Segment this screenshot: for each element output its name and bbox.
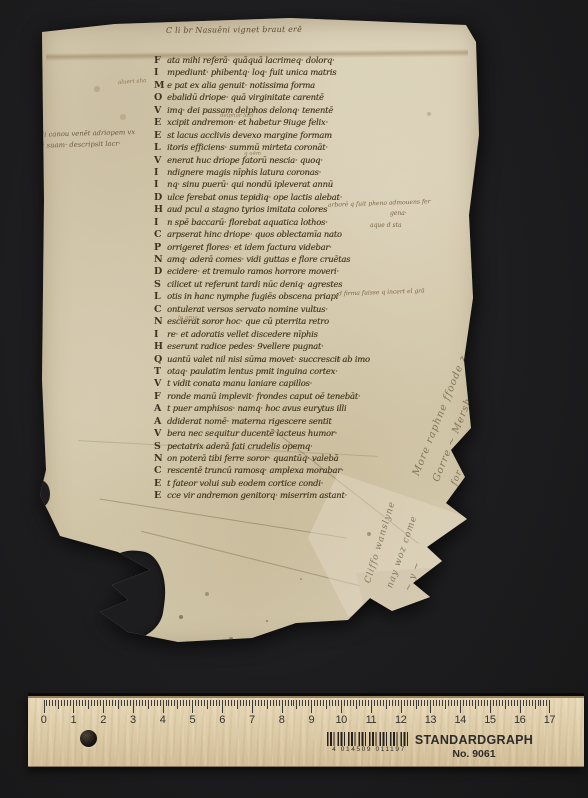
poem-line: Indignere magis nīphis latura coronas·: [154, 167, 454, 179]
ruler-tick: [442, 700, 443, 706]
line-initial: O: [154, 92, 167, 103]
line-text: ontulerat versos servato nomine vultus·: [167, 304, 328, 314]
stain-speckles: [38, 18, 40, 20]
ruler-tick: [451, 700, 452, 706]
ruler-tick: [439, 700, 440, 706]
ruler-tick: [76, 700, 77, 706]
ruler-tick: [210, 700, 211, 706]
ruler-tick: [118, 700, 119, 709]
poem-line: Et fateor volui sub eodem cortice condi·: [154, 478, 454, 490]
poem-line: Vt vidit conata manu laniare capillos·: [154, 378, 454, 390]
line-initial: C: [154, 465, 167, 476]
ruler-tick: [389, 700, 390, 706]
ruler-tick: [49, 700, 50, 706]
ruler-tick: [505, 700, 506, 709]
poem-line: Est lacus acclivis devexo margine formam: [154, 130, 454, 142]
ruler-tick: [61, 700, 62, 706]
line-text: amq· aderā comes· vidi guttas e flore cr…: [167, 254, 350, 264]
ruler-tick: [64, 700, 65, 706]
ruler-cm-label: 15: [482, 714, 498, 726]
ruler-tick: [88, 700, 89, 709]
ruler-tick: [511, 700, 512, 706]
line-initial: I: [154, 329, 167, 340]
ruler-tick: [166, 700, 167, 706]
ruler-tick: [305, 700, 306, 706]
ruler-tick: [493, 700, 494, 706]
ruler-tick: [383, 700, 384, 706]
ruler-tick: [356, 700, 357, 709]
ruler-tick: [514, 700, 515, 706]
ruler-tick: [219, 700, 220, 706]
poem-line: Carpserat hinc driope· quos oblectamīa n…: [154, 229, 454, 241]
ruler-tick: [299, 700, 300, 706]
line-text: cilicet ut referunt tardi nūc deniq· agr…: [167, 279, 342, 289]
ruler-tick: [282, 700, 283, 713]
interlinear-gloss: q oēm: [244, 151, 261, 157]
interlinear-gloss: delphor loci: [220, 113, 253, 119]
ruler-tick: [335, 700, 336, 706]
right-margin-note: gena·: [390, 210, 407, 217]
ruler-tick: [436, 700, 437, 706]
manuscript-leaf: C li br Nasuēni vignet braut erē aluert …: [38, 18, 483, 650]
ruler-tick: [154, 700, 155, 706]
line-text: st lacus acclivis devexo margine formam: [167, 130, 332, 140]
line-text: bera nec sequitur ducentē lacteus humor·: [167, 428, 337, 438]
ruler-tick: [365, 700, 366, 706]
line-text: e pat ex alia genuit· notissima forma: [167, 80, 315, 90]
diagonal-scrawl: ~ y ~: [403, 560, 423, 592]
left-margin-note: di canou venēt adriopem vx li suam· desc…: [40, 126, 169, 151]
poem-line: Venerat huc driope fatorū nescia· quoq·: [154, 155, 454, 167]
ruler-tick: [392, 700, 393, 706]
ruler-tick: [180, 700, 181, 706]
left-margin-note-line: li suam· descripsit lacr·: [40, 137, 168, 151]
poem-line: Haud pcul a stagno tyrios imitata colore…: [154, 204, 454, 216]
ruler-cm-label: 8: [274, 714, 290, 726]
ruler-tick: [52, 700, 53, 706]
ruler-cm-label: 16: [512, 714, 528, 726]
ruler-tick: [258, 700, 259, 706]
poem-line: Ecce vir andremon genitorq· miserrim ast…: [154, 490, 454, 502]
ruler-tick: [386, 700, 387, 709]
ruler-cm-label: 5: [184, 714, 200, 726]
ruler-tick: [285, 700, 286, 706]
ruler-tick: [416, 700, 417, 709]
ruler-tick: [472, 700, 473, 706]
barcode-bars: [327, 732, 411, 746]
ruler-tick: [109, 700, 110, 706]
ruler-tick: [291, 700, 292, 706]
ruler-tick: [430, 700, 431, 713]
ruler-tick: [523, 700, 524, 706]
line-text: t puer amphisos· namq· hoc avus eurytus …: [167, 403, 346, 413]
ruler-tick: [543, 700, 544, 706]
ruler-tick: [311, 700, 312, 713]
ruler-tick: [136, 700, 137, 706]
ruler-tick: [487, 700, 488, 706]
ruler-tick: [231, 700, 232, 706]
line-text: mpediunt· phibentq· loq· fuit unica matr…: [167, 67, 336, 77]
ruler-tick: [55, 700, 56, 706]
ruler-tick: [67, 700, 68, 706]
ruler-tick: [44, 700, 45, 713]
ruler-tick: [139, 700, 140, 706]
ruler-tick: [326, 700, 327, 709]
ruler-tick: [216, 700, 217, 706]
ruler-tick: [255, 700, 256, 706]
ruler-tick: [100, 700, 101, 706]
ruler-tick: [243, 700, 244, 706]
ruler-tick: [112, 700, 113, 706]
line-initial: T: [154, 366, 167, 377]
ruler-cm-label: 14: [452, 714, 468, 726]
ruler-tick: [546, 700, 547, 706]
ruler-tick: [270, 700, 271, 706]
ruler-cm-label: 4: [155, 714, 171, 726]
line-text: nq· sinu puerū· qui nondū ipleverat annū: [167, 179, 333, 189]
ruler-tick: [207, 700, 208, 709]
ruler-tick: [201, 700, 202, 706]
ruler-tick: [264, 700, 265, 706]
line-initial: I: [154, 217, 167, 228]
crease-line: [141, 531, 360, 586]
ruler-tick: [308, 700, 309, 706]
line-initial: L: [154, 142, 167, 153]
ruler-tick: [94, 700, 95, 706]
right-margin-note: aque d sta: [370, 222, 402, 229]
ruler-tick: [198, 700, 199, 706]
poem-line: Fronde manū implevit· frondes caput oē t…: [154, 391, 454, 403]
poem-line: Porrigeret flores· et idem factura videb…: [154, 242, 454, 254]
ruler-tick: [517, 700, 518, 706]
line-initial: D: [154, 192, 167, 203]
line-text: cce vir andremon genitorq· miserrim asta…: [167, 490, 347, 500]
line-text: n spē baccarū· florebat aquatica lothos·: [167, 217, 328, 227]
ruler-tick: [249, 700, 250, 706]
line-initial: S: [154, 279, 167, 290]
ruler-tick: [460, 700, 461, 713]
line-text: t fateor volui sub eodem cortice condi·: [167, 478, 323, 488]
line-initial: D: [154, 266, 167, 277]
ruler-tick: [481, 700, 482, 706]
ruler-tick: [130, 700, 131, 706]
ruler-tick: [261, 700, 262, 706]
poem-line: Inq· sinu puerū· qui nondū ipleverat ann…: [154, 179, 454, 191]
ruler-tick: [424, 700, 425, 706]
line-text: eserunt radice pedes· 9vellere pugnat·: [167, 341, 324, 351]
ruler-tick: [151, 700, 152, 706]
ruler-cm-label: 9: [303, 714, 319, 726]
ruler-tick: [377, 700, 378, 706]
poem-line: Me pat ex alia genuit· notissima forma: [154, 80, 454, 92]
ruler-hanging-hole: [80, 730, 97, 747]
ruler-tick: [374, 700, 375, 706]
parchment-hole: [87, 545, 171, 646]
ruler-tick: [296, 700, 297, 709]
manuscript-leaf-wrap: C li br Nasuēni vignet braut erē aluert …: [38, 18, 483, 650]
ruler-tick: [427, 700, 428, 706]
ruler-cm-label: 10: [333, 714, 349, 726]
poem-line: Totaq· paulatim lentus pmit inguina cort…: [154, 366, 454, 378]
line-initial: A: [154, 416, 167, 427]
line-text: ata mihi referā· quāquā lacrimeq· dolorq…: [167, 55, 334, 65]
poem-line: Quantū valet nil nisi sūma movet· succre…: [154, 354, 454, 366]
ruler-tick: [174, 700, 175, 706]
ruler-tick: [407, 700, 408, 706]
ruler-tick: [213, 700, 214, 706]
poem-line: Vbera nec sequitur ducentē lacteus humor…: [154, 428, 454, 440]
ruler-tick: [273, 700, 274, 706]
ruler-tick: [142, 700, 143, 706]
poem-line: Nescierat soror hoc· que cū pterrita ret…: [154, 316, 454, 328]
ruler-tick: [73, 700, 74, 713]
ruler-tick: [276, 700, 277, 706]
ruler-tick: [314, 700, 315, 706]
line-initial: C: [154, 304, 167, 315]
ruler-tick: [145, 700, 146, 706]
ruler-tick: [496, 700, 497, 706]
ruler-cm-label: 13: [422, 714, 438, 726]
line-text: pectatrix aderā fati crudelis opemq·: [167, 441, 312, 451]
ruler-tick: [353, 700, 354, 706]
ruler-tick: [186, 700, 187, 706]
line-text: ecidere· et tremulo ramos horrore moveri…: [167, 266, 339, 276]
ruler-tick: [466, 700, 467, 706]
line-text: orrigeret flores· et idem factura videba…: [167, 242, 332, 252]
line-initial: M: [154, 80, 167, 91]
ruler-tick: [499, 700, 500, 706]
ruler-tick: [395, 700, 396, 706]
line-text: aud pcul a stagno tyrios imitata colores: [167, 204, 327, 214]
line-initial: N: [154, 453, 167, 464]
line-text: ronde manū implevit· frondes caput oē te…: [167, 391, 360, 401]
ruler-tick: [228, 700, 229, 706]
ruler-tick: [344, 700, 345, 706]
line-initial: H: [154, 204, 167, 215]
line-initial: E: [154, 478, 167, 489]
ruler-tick: [148, 700, 149, 709]
ruler-tick: [532, 700, 533, 706]
ruler-tick: [469, 700, 470, 706]
poem-line: Ire· et adoratis vellet discedere nīphis: [154, 329, 454, 341]
poem-line: Heserunt radice pedes· 9vellere pugnat·: [154, 341, 454, 353]
ruler-tick: [538, 700, 539, 706]
ruler-cm-label: 3: [125, 714, 141, 726]
ruler-tick: [103, 700, 104, 713]
line-text: ddiderat nomē· materna rigescere sentit: [167, 416, 332, 426]
ruler-tick: [171, 700, 172, 706]
poem-line: Litoris efficiens· summū mirteta coronāt…: [154, 142, 454, 154]
line-initial: I: [154, 67, 167, 78]
poem-line: Fata mihi referā· quāquā lacrimeq· dolor…: [154, 55, 454, 67]
line-initial: H: [154, 341, 167, 352]
poem-line: Decidere· et tremulo ramos horrore mover…: [154, 266, 454, 278]
line-text: rescentē truncū ramosq· amplexa morabar·: [167, 465, 343, 475]
ruler-tick: [124, 700, 125, 706]
poem-line: Oebalidū driope· quā virginitate carentē: [154, 92, 454, 104]
line-text: ebalidū driope· quā virginitate carentē: [167, 92, 324, 102]
line-text: otis in hanc nymphe fugiēs obscena priap…: [167, 291, 338, 301]
ruler-tick: [490, 700, 491, 713]
ruler-tick: [413, 700, 414, 706]
header-inscription: C li br Nasuēni vignet braut erē: [166, 24, 386, 35]
line-initial: N: [154, 254, 167, 265]
ruler-tick: [475, 700, 476, 709]
measuring-ruler: 01234567891011121314151617 4 014509 0111…: [28, 696, 584, 767]
ruler-cm-label: 1: [65, 714, 81, 726]
line-text: ndignere magis nīphis latura coronas·: [167, 167, 321, 177]
ruler-tick: [433, 700, 434, 706]
ruler-tick: [526, 700, 527, 706]
line-initial: F: [154, 391, 167, 402]
ruler-cm-label: 2: [95, 714, 111, 726]
poem-line: Non poterā tibi ferre soror· quantūq· va…: [154, 453, 454, 465]
poem-line: Excipit andremon· et habetur 9iuge felix…: [154, 117, 454, 129]
ruler-tick: [329, 700, 330, 706]
ruler-tick: [478, 700, 479, 706]
line-initial: I: [154, 167, 167, 178]
ruler-tick: [46, 700, 47, 706]
ruler-tick: [267, 700, 268, 709]
line-initial: A: [154, 403, 167, 414]
ruler-tick: [70, 700, 71, 706]
ruler-tick: [338, 700, 339, 706]
ruler-tick: [279, 700, 280, 706]
ruler-tick: [163, 700, 164, 713]
ruler-tick: [97, 700, 98, 706]
ruler-tick: [293, 700, 294, 706]
line-initial: V: [154, 105, 167, 116]
interlinear-gloss: le grua: [178, 315, 198, 321]
ruler-tick: [463, 700, 464, 706]
line-text: otaq· paulatim lentus pmit inguina corte…: [167, 366, 338, 376]
ruler-tick: [380, 700, 381, 706]
ruler-tick: [91, 700, 92, 706]
ruler-tick: [445, 700, 446, 709]
line-initial: V: [154, 428, 167, 439]
poem-line: Crescentē truncū ramosq· amplexa morabar…: [154, 465, 454, 477]
poem-lines: Fata mihi referā· quāquā lacrimeq· dolor…: [154, 55, 454, 503]
line-text: ulce ferebat onus tepidiq· ope lactis al…: [167, 192, 342, 202]
line-text: on poterā tibi ferre soror· quantūq· val…: [167, 453, 338, 463]
ruler-tick: [240, 700, 241, 706]
ruler-tick: [160, 700, 161, 706]
ruler-tick: [237, 700, 238, 709]
ruler-tick: [529, 700, 530, 706]
ruler-brand: STANDARDGRAPH: [410, 733, 538, 747]
ruler-tick: [82, 700, 83, 706]
ruler-tick: [457, 700, 458, 706]
line-initial: E: [154, 117, 167, 128]
line-initial: V: [154, 378, 167, 389]
line-text: arpserat hinc driope· quos oblectamīa na…: [167, 229, 342, 239]
ruler-tick: [106, 700, 107, 706]
ruler-tick: [288, 700, 289, 706]
poem-line: Namq· aderā comes· vidi guttas e flore c…: [154, 254, 454, 266]
ruler-tick: [540, 700, 541, 706]
line-initial: Q: [154, 354, 167, 365]
line-text: t vidit conata manu laniare capillos·: [167, 378, 312, 388]
ruler-tick: [225, 700, 226, 706]
ruler-tick: [371, 700, 372, 713]
line-initial: V: [154, 155, 167, 166]
ruler-cm-label: 0: [36, 714, 52, 726]
barcode-digits: 4 014509 011197: [324, 746, 414, 753]
ruler-cm-label: 7: [244, 714, 260, 726]
ruler-tick: [401, 700, 402, 713]
line-initial: S: [154, 441, 167, 452]
line-initial: P: [154, 242, 167, 253]
poem-line: Vimq· dei passam delphos delonq· tenentē: [154, 105, 454, 117]
tiny-margin-note: aluert aha: [118, 78, 147, 86]
ruler-tick: [359, 700, 360, 706]
ruler-tick: [398, 700, 399, 706]
ruler-tick: [341, 700, 342, 713]
ruler-tick: [157, 700, 158, 706]
ruler-tick: [520, 700, 521, 713]
ruler-tick: [418, 700, 419, 706]
ruler-tick: [115, 700, 116, 706]
ruler-tick: [502, 700, 503, 706]
ruler-tick: [347, 700, 348, 706]
ruler-tick: [168, 700, 169, 706]
ruler-model-number: No. 9061: [410, 748, 538, 760]
ruler-brand-block: STANDARDGRAPH No. 9061: [410, 733, 538, 760]
ruler-tick: [127, 700, 128, 706]
ruler-tick: [317, 700, 318, 706]
crease-line: [99, 498, 346, 538]
line-initial: C: [154, 229, 167, 240]
ruler-cm-label: 11: [363, 714, 379, 726]
ruler-tick: [404, 700, 405, 706]
line-text: re· et adoratis vellet discedere nīphis: [167, 329, 318, 339]
parchment-notch: [31, 480, 50, 507]
ruler-tick: [192, 700, 193, 713]
ruler-tick: [58, 700, 59, 709]
line-initial: E: [154, 130, 167, 141]
ruler-tick: [421, 700, 422, 706]
ruler-tick: [121, 700, 122, 706]
ruler-cm-label: 6: [214, 714, 230, 726]
ruler-tick: [79, 700, 80, 706]
ruler-tick: [454, 700, 455, 706]
line-initial: L: [154, 291, 167, 302]
ruler-tick: [204, 700, 205, 706]
ruler-tick: [508, 700, 509, 706]
ruler-tick: [350, 700, 351, 706]
line-text: uantū valet nil nisi sūma movet· succres…: [167, 354, 370, 364]
ruler-tick: [549, 700, 550, 713]
poem-line: Contulerat versos servato nomine vultus·: [154, 304, 454, 316]
barcode: 4 014509 011197: [324, 732, 414, 753]
photograph-stage: C li br Nasuēni vignet braut erē aluert …: [0, 0, 588, 798]
poem-line: At puer amphisos· namq· hoc avus eurytus…: [154, 403, 454, 415]
line-initial: E: [154, 490, 167, 501]
poem-line: Impediunt· phibentq· loq· fuit unica mat…: [154, 67, 454, 79]
ruler-tick: [252, 700, 253, 713]
ruler-tick: [133, 700, 134, 713]
ruler-tick: [302, 700, 303, 706]
ruler-cm-label: 17: [541, 714, 557, 726]
line-initial: N: [154, 316, 167, 327]
poem-line: In spē baccarū· florebat aquatica lothos…: [154, 217, 454, 229]
poem-line: Addiderat nomē· materna rigescere sentit: [154, 416, 454, 428]
ruler-tick: [320, 700, 321, 706]
line-initial: F: [154, 55, 167, 66]
ruler-tick: [177, 700, 178, 709]
ruler-tick: [222, 700, 223, 713]
ruler-tick: [535, 700, 536, 709]
